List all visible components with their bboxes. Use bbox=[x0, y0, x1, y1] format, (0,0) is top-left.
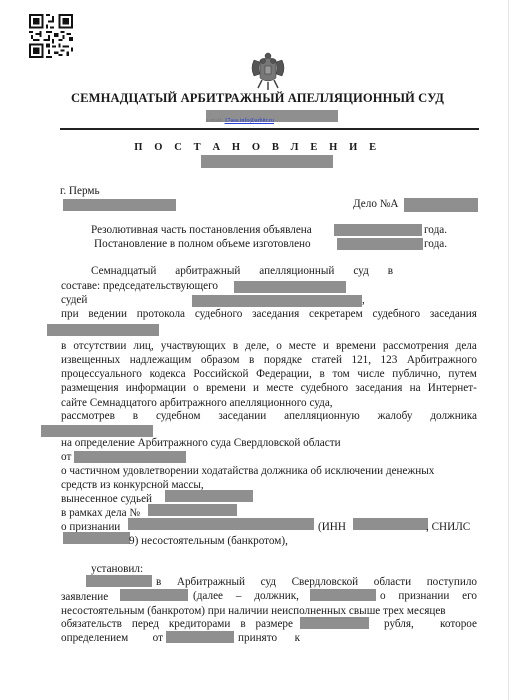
redacted-judges bbox=[192, 295, 362, 307]
redacted-made-date bbox=[337, 238, 423, 250]
body-line-1: вАрбитражныйсудСвердловскойобластипоступ… bbox=[156, 576, 477, 588]
body-line-3: несостоятельным (банкротом) при наличии … bbox=[61, 604, 446, 618]
absence-line-1: вотсутствиилиц,участвующихвделе,оместеив… bbox=[61, 340, 477, 352]
contact-prefix: e-mail: bbox=[206, 118, 223, 124]
issued-by: вынесенное судьей bbox=[61, 492, 152, 506]
absence-line-5: сайте Семнадцатого арбитражного апелляци… bbox=[61, 396, 333, 410]
absence-line-3: процессуальногокодексаРоссийскойФедераци… bbox=[61, 368, 477, 380]
body-line-5-b: приняток bbox=[238, 632, 300, 644]
from-label: от bbox=[61, 450, 71, 464]
snils-label: , СНИЛС bbox=[426, 520, 470, 534]
inn-label: (ИНН bbox=[318, 520, 346, 534]
redacted-announce-date bbox=[334, 224, 422, 236]
redacted-ruling-date bbox=[74, 451, 186, 463]
city: г. Пермь bbox=[60, 184, 100, 198]
established-label: установил: bbox=[91, 562, 143, 576]
header-divider bbox=[60, 128, 479, 130]
document-title: П О С Т А Н О В Л Е Н И Е bbox=[0, 142, 515, 153]
redacted-filing-date bbox=[86, 575, 152, 587]
redacted-case-id bbox=[404, 198, 478, 212]
redacted-presiding-judge bbox=[234, 281, 346, 293]
redacted-debtor-short bbox=[310, 589, 376, 601]
insolvent-label: 9) несостоятельным (банкротом), bbox=[129, 534, 288, 548]
full-text-made-label: Постановление в полном объеме изготовлен… bbox=[94, 237, 311, 251]
redacted-inn bbox=[353, 518, 428, 530]
court-name: СЕМНАДЦАТЫЙ АРБИТРАЖНЫЙ АПЕЛЛЯЦИОННЫЙ СУ… bbox=[0, 91, 515, 106]
body-line-5-a: определениемот bbox=[61, 632, 163, 644]
intro-line: Семнадцатыйарбитражныйапелляционныйсудв bbox=[91, 265, 393, 277]
court-contact: e-mail: 17aas.info@arbitr.ru bbox=[206, 118, 274, 124]
resolution-year-suffix: года. bbox=[424, 223, 447, 237]
ruling-on: на определение Арбитражного суда Свердло… bbox=[61, 436, 341, 450]
document-page: СЕМНАДЦАТЫЙ АРБИТРАЖНЫЙ АПЕЛЛЯЦИОННЫЙ СУ… bbox=[0, 0, 515, 700]
redacted-acceptance-date bbox=[166, 631, 234, 643]
case-label: Дело №А bbox=[353, 197, 398, 211]
full-text-year-suffix: года. bbox=[424, 237, 447, 251]
body-line-4-a: обязательствпередкредиторамивразмере bbox=[61, 618, 293, 630]
redacted-amount bbox=[300, 617, 369, 629]
redacted-judge-name bbox=[165, 490, 253, 502]
redacted-applicant bbox=[120, 589, 188, 601]
body-line-2-a: заявление bbox=[61, 590, 108, 604]
absence-line-2: извещенныхнадлежащимобразомвпорядкестате… bbox=[61, 354, 477, 366]
judges-comma: , bbox=[362, 293, 365, 307]
coat-of-arms-icon bbox=[246, 50, 290, 94]
redacted-case-ref bbox=[148, 504, 237, 516]
redacted-secretary bbox=[47, 324, 159, 336]
partial-line-1: о частичном удовлетворении ходатайства д… bbox=[61, 464, 434, 478]
reviewed-line: рассмотреввсудебномзаседанииапелляционну… bbox=[61, 410, 477, 422]
resolution-announced-label: Резолютивная часть постановления объявле… bbox=[91, 223, 312, 237]
body-line-2-c: опризнанииего bbox=[380, 590, 477, 602]
secretary-line: приведениипротоколасудебногозаседаниясек… bbox=[61, 308, 477, 320]
judges-label: судей bbox=[61, 293, 87, 307]
redacted-case-number bbox=[201, 155, 333, 168]
contact-email-link[interactable]: 17aas.info@arbitr.ru bbox=[225, 118, 275, 124]
qr-code-icon bbox=[29, 14, 73, 58]
redacted-date bbox=[63, 199, 176, 211]
redacted-debtor-name bbox=[128, 518, 314, 530]
composition-label: составе: председательствующего bbox=[61, 279, 218, 293]
redacted-snils bbox=[63, 532, 130, 544]
body-line-4-b: рубля,которое bbox=[384, 618, 477, 630]
body-line-2-b: (далее–должник, bbox=[193, 590, 299, 602]
absence-line-4: размещенияинформацииовременииместесудебн… bbox=[61, 382, 477, 394]
